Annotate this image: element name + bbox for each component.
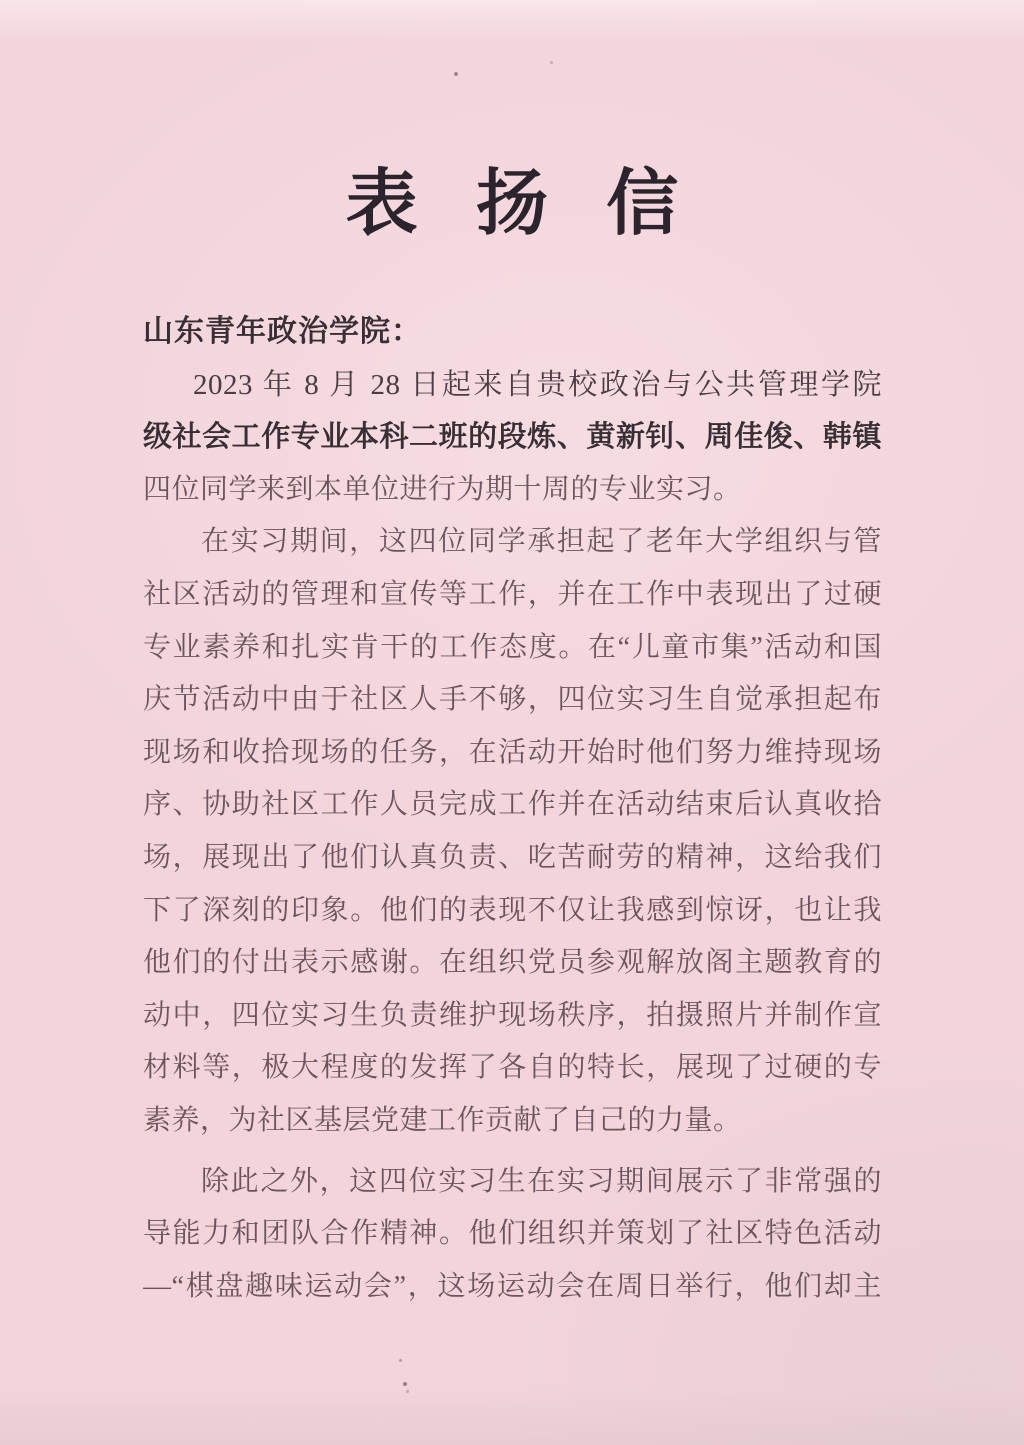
body-line: 庆节活动中由于社区人手不够，四位实习生自觉承担起布置 (143, 674, 882, 727)
body-line: 现场和收拾现场的任务，在活动开始时他们努力维持现场秩 (143, 727, 882, 780)
dust-speck (403, 1382, 407, 1386)
body-line: 在实习期间，这四位同学承担起了老年大学组织与管理、 (143, 516, 882, 569)
body-line: 专业素养和扎实肯干的工作态度。在“儿童市集”活动和国 (143, 622, 882, 675)
letter-body: 山东青年政治学院： 2023 年 8 月 28 日起来自贵校政治与公共管理学院 … (143, 306, 882, 1313)
dust-speck (454, 72, 458, 76)
body-line: 下了深刻的印象。他们的表现不仅让我感到惊讶，也让我对 (143, 885, 882, 938)
body-line: 序、协助社区工作人员完成工作并在活动结束后认真收拾现 (143, 779, 882, 832)
dust-speck (399, 1359, 402, 1362)
dust-speck (406, 1390, 409, 1393)
dust-speck (550, 61, 553, 64)
body-line: 2023 年 8 月 28 日起来自贵校政治与公共管理学院 2021 (143, 359, 882, 412)
body-line: 材料等，极大程度的发挥了各自的特长，展现了过硬的专业 (143, 1042, 882, 1095)
body-line: 动中，四位实习生负责维护现场秩序，拍摄照片并制作宣传 (143, 990, 882, 1043)
body-line-students-names: 级社会工作专业本科二班的段炼、黄新钊、周佳俊、韩镇松 (143, 411, 882, 464)
salutation-line: 山东青年政治学院： (143, 306, 882, 359)
paragraph-3: 除此之外，这四位实习生在实习期间展示了非常强的领 导能力和团队合作精神。他们组织… (143, 1156, 882, 1314)
letter-title: 表 扬 信 (0, 158, 1024, 250)
body-line: 场，展现出了他们认真负责、吃苦耐劳的精神，这给我们留 (143, 832, 882, 885)
body-line: 四位同学来到本单位进行为期十周的专业实习。 (143, 464, 882, 517)
body-line: 除此之外，这四位实习生在实习期间展示了非常强的领 (143, 1156, 882, 1209)
body-line: 社区活动的管理和宣传等工作，并在工作中表现出了过硬的 (143, 569, 882, 622)
date-text: 2023 年 8 月 28 日起来自贵校政治与公共管理学院 (193, 369, 882, 401)
body-line: 素养，为社区基层党建工作贡献了自己的力量。 (143, 1095, 882, 1148)
paragraph-2: 在实习期间，这四位同学承担起了老年大学组织与管理、 社区活动的管理和宣传等工作，… (143, 516, 882, 1147)
body-line: —“棋盘趣味运动会”，这场运动会在周日举行，他们却主 (143, 1261, 882, 1314)
body-line: 他们的付出表示感谢。在组织党员参观解放阁主题教育的活 (143, 937, 882, 990)
paragraph-1: 2023 年 8 月 28 日起来自贵校政治与公共管理学院 2021 级社会工作… (143, 359, 882, 517)
letter-page: 表 扬 信 山东青年政治学院： 2023 年 8 月 28 日起来自贵校政治与公… (0, 0, 1024, 1445)
body-line: 导能力和团队合作精神。他们组织并策划了社区特色活动— (143, 1208, 882, 1261)
